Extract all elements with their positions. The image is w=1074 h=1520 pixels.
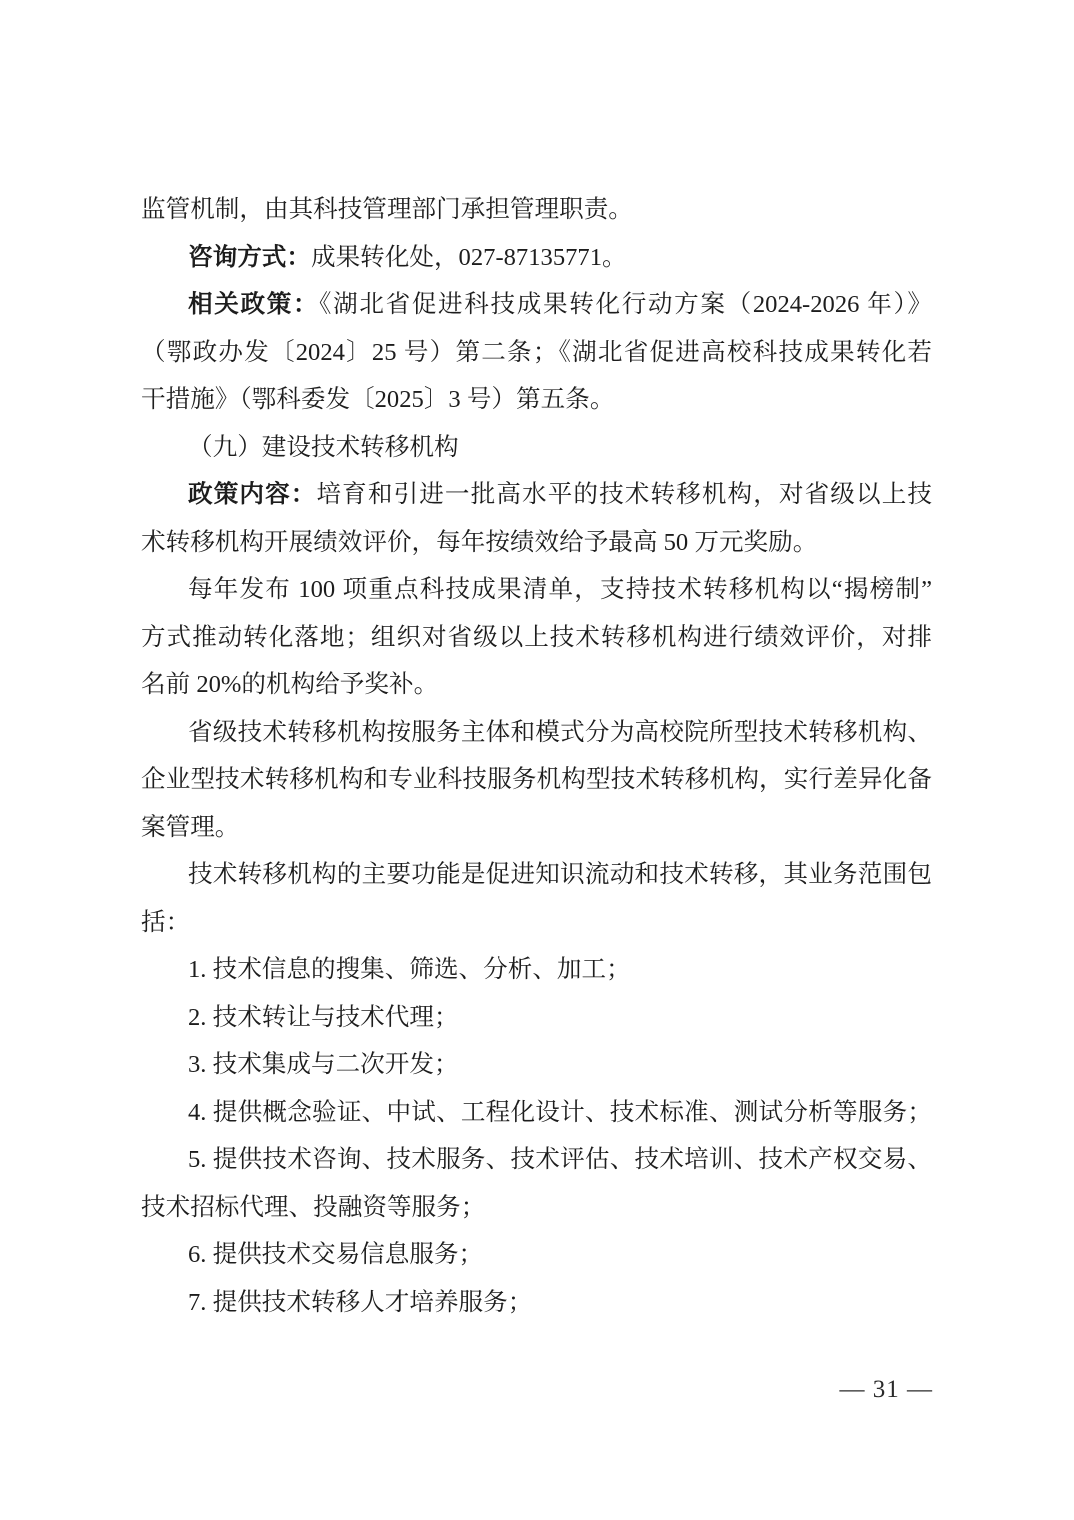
line-text: 5. 提供技术咨询、技术服务、技术评估、技术培训、技术产权交易、 <box>188 1146 932 1173</box>
text-line: 案管理。 <box>141 804 932 852</box>
line-text: 6. 提供技术交易信息服务； <box>188 1241 483 1268</box>
line-text: 省级技术转移机构按服务主体和模式分为高校院所型技术转移机构、 <box>188 719 932 746</box>
line-text: 每年发布 100 项重点科技成果清单，支持技术转移机构以“揭榜制” <box>188 576 932 603</box>
line-text: 技术招标代理、投融资等服务； <box>141 1194 485 1221</box>
list-item: 1. 技术信息的搜集、筛选、分析、加工； <box>141 946 932 994</box>
text-line: 名前 20%的机构给予奖补。 <box>141 661 932 709</box>
line-text: 技术转移机构的主要功能是促进知识流动和技术转移，其业务范围包 <box>188 861 932 888</box>
line-text: 案管理。 <box>141 814 239 841</box>
list-item: 7. 提供技术转移人才培养服务； <box>141 1279 932 1327</box>
section-heading: （九）建设技术转移机构 <box>141 424 932 472</box>
text-line-consult-method: 咨询方式：成果转化处，027-87135771。 <box>141 234 932 282</box>
list-item-continuation: 技术招标代理、投融资等服务； <box>141 1184 932 1232</box>
line-text: 3. 技术集成与二次开发； <box>188 1051 459 1078</box>
line-text: 方式推动转化落地；组织对省级以上技术转移机构进行绩效评价，对排 <box>141 624 932 651</box>
line-text: 监管机制，由其科技管理部门承担管理职责。 <box>141 196 633 223</box>
text-line: 企业型技术转移机构和专业科技服务机构型技术转移机构，实行差异化备 <box>141 756 932 804</box>
document-body: 监管机制，由其科技管理部门承担管理职责。 咨询方式：成果转化处，027-8713… <box>141 186 932 1326</box>
bold-label: 政策内容： <box>188 481 316 508</box>
line-text: 术转移机构开展绩效评价，每年按绩效给予最高 50 万元奖励。 <box>141 529 817 556</box>
bold-label: 相关政策： <box>188 291 319 318</box>
line-text: 培育和引进一批高水平的技术转移机构，对省级以上技 <box>316 481 932 508</box>
line-text: 1. 技术信息的搜集、筛选、分析、加工； <box>188 956 631 983</box>
line-text: 《湖北省促进科技成果转化行动方案（2024-2026 年）》 <box>319 291 932 318</box>
list-item: 4. 提供概念验证、中试、工程化设计、技术标准、测试分析等服务； <box>141 1089 932 1137</box>
text-line-related-policy: 相关政策：《湖北省促进科技成果转化行动方案（2024-2026 年）》 <box>141 281 932 329</box>
page-number: — 31 — <box>840 1374 934 1406</box>
text-line: （鄂政办发〔2024〕25 号）第二条；《湖北省促进高校科技成果转化若 <box>141 329 932 377</box>
line-text: 7. 提供技术转移人才培养服务； <box>188 1289 532 1316</box>
line-text: 成果转化处，027-87135771。 <box>311 244 627 271</box>
line-text: （九）建设技术转移机构 <box>188 434 459 461</box>
line-text: 名前 20%的机构给予奖补。 <box>141 671 438 698</box>
text-line: 括： <box>141 899 932 947</box>
list-item: 5. 提供技术咨询、技术服务、技术评估、技术培训、技术产权交易、 <box>141 1136 932 1184</box>
line-text: （鄂政办发〔2024〕25 号）第二条；《湖北省促进高校科技成果转化若 <box>141 339 932 366</box>
text-line: 方式推动转化落地；组织对省级以上技术转移机构进行绩效评价，对排 <box>141 614 932 662</box>
text-line: 每年发布 100 项重点科技成果清单，支持技术转移机构以“揭榜制” <box>141 566 932 614</box>
list-item: 3. 技术集成与二次开发； <box>141 1041 932 1089</box>
text-line-policy-content: 政策内容：培育和引进一批高水平的技术转移机构，对省级以上技 <box>141 471 932 519</box>
bold-label: 咨询方式： <box>188 244 311 271</box>
list-item: 2. 技术转让与技术代理； <box>141 994 932 1042</box>
text-line: 干措施》（鄂科委发〔2025〕3 号）第五条。 <box>141 376 932 424</box>
line-text: 2. 技术转让与技术代理； <box>188 1004 459 1031</box>
document-page: 监管机制，由其科技管理部门承担管理职责。 咨询方式：成果转化处，027-8713… <box>0 0 1074 1520</box>
line-text: 括： <box>141 909 190 936</box>
text-line: 监管机制，由其科技管理部门承担管理职责。 <box>141 186 932 234</box>
text-line: 技术转移机构的主要功能是促进知识流动和技术转移，其业务范围包 <box>141 851 932 899</box>
text-line: 术转移机构开展绩效评价，每年按绩效给予最高 50 万元奖励。 <box>141 519 932 567</box>
text-line: 省级技术转移机构按服务主体和模式分为高校院所型技术转移机构、 <box>141 709 932 757</box>
list-item: 6. 提供技术交易信息服务； <box>141 1231 932 1279</box>
line-text: 企业型技术转移机构和专业科技服务机构型技术转移机构，实行差异化备 <box>141 766 932 793</box>
line-text: 干措施》（鄂科委发〔2025〕3 号）第五条。 <box>141 386 614 413</box>
line-text: 4. 提供概念验证、中试、工程化设计、技术标准、测试分析等服务； <box>188 1099 932 1126</box>
